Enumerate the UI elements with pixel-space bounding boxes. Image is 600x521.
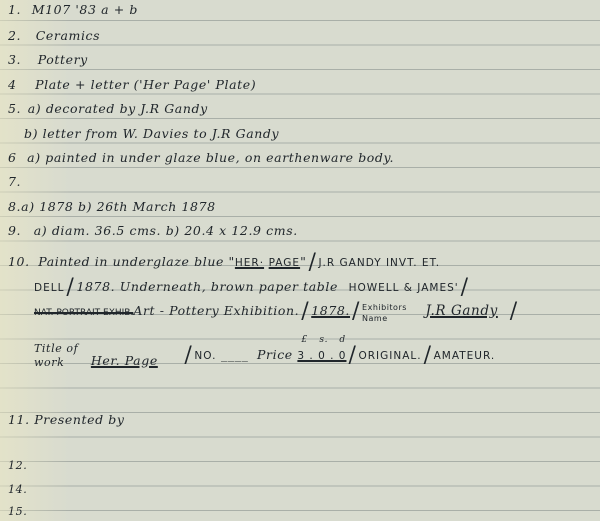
exhibitor-name: J.R Gandy (425, 303, 497, 319)
exhibition-name: Art - Pottery Exhibition. (133, 303, 299, 318)
provenance-label: Presented by (34, 412, 124, 427)
inscription-signature: J.R GANDY INVT. ET. (318, 257, 440, 269)
entry-10-title-row: Title ofwork Her. Page /NO. ____ Price £… (34, 340, 495, 370)
materials-technique: a) painted in under glaze blue, on earth… (27, 150, 394, 165)
struck-out-text: NAT. PORTRAIT EXHIB. (34, 308, 133, 318)
number-value: ____ (221, 347, 248, 362)
title-of-work: Her. Page (91, 353, 158, 368)
separator-slash: / (424, 343, 432, 368)
exhibitor-label-line-1: Exhibitors (362, 303, 407, 312)
maker-a: a) decorated by J.R Gandy (28, 101, 208, 116)
title-label-line-1: Title of (34, 342, 78, 355)
entry-number: 8. (8, 199, 21, 214)
entry-12: 12. (8, 459, 27, 472)
entry-number: 7. (8, 174, 21, 189)
entry-8: 8.a) 1878 b) 26th March 1878 (8, 199, 216, 214)
accession-number: M107 '83 a + b (32, 2, 138, 17)
label-description: 1878. Underneath, brown paper table (76, 279, 338, 294)
exhibition-year: 1878. (311, 303, 350, 318)
department: Ceramics (36, 28, 100, 43)
entry-10-line-1: 10. Painted in underglaze blue "HER· PAG… (8, 247, 440, 272)
date: a) 1878 b) 26th March 1878 (21, 199, 216, 214)
entry-15: 15. (8, 505, 27, 518)
entry-number: 11. (8, 412, 30, 427)
entry-7: 7. (8, 174, 21, 189)
inscription-quote-close: " (300, 254, 306, 269)
entry-14: 14. (8, 483, 27, 496)
inscription-title-page: PAGE (269, 257, 300, 269)
entry-number: 9. (8, 223, 21, 238)
entry-10-line-3: NAT. PORTRAIT EXHIB.Art - Pottery Exhibi… (34, 296, 520, 323)
entry-11: 11. Presented by (8, 412, 125, 427)
number-label: NO. (194, 350, 216, 362)
entry-4: 4 Plate + letter ('Her Page' Plate) (8, 77, 256, 92)
retailer-label: HOWELL & JAMES' (349, 282, 459, 294)
entry-number: 14. (8, 483, 27, 496)
entry-number: 5. (8, 101, 21, 116)
entry-1: 1. M107 '83 a + b (8, 2, 138, 17)
entry-5b: b) letter from W. Davies to J.R Gandy (24, 126, 279, 141)
entry-number: 10. (8, 254, 30, 269)
entry-9: 9. a) diam. 36.5 cms. b) 20.4 x 12.9 cms… (8, 223, 298, 238)
inscription-dell: DELL (34, 282, 64, 294)
entry-number: 3. (8, 52, 21, 67)
entry-number: 1. (8, 2, 21, 17)
entry-number: 15. (8, 505, 27, 518)
amateur-status: AMATEUR. (434, 350, 496, 362)
entry-number: 6 (8, 150, 17, 165)
dimensions: a) diam. 36.5 cms. b) 20.4 x 12.9 cms. (34, 223, 298, 238)
separator-slash: / (184, 343, 192, 368)
price-group: £ s. d 3 . 0 . 0 (297, 347, 346, 362)
entry-2: 2. Ceramics (8, 28, 100, 43)
price-unit-shillings: s. (319, 335, 328, 345)
inscription-title-her: HER· (235, 257, 264, 269)
entry-number: 2. (8, 28, 21, 43)
separator-slash: / (510, 299, 518, 324)
separator-slash: / (301, 299, 309, 324)
exhibitor-label-line-2: Name (362, 314, 388, 323)
price-unit-pence: d (339, 335, 345, 345)
price-value: 3 . 0 . 0 (297, 350, 346, 362)
inscription-intro: Painted in underglaze blue " (38, 254, 235, 269)
maker-b: b) letter from W. Davies to J.R Gandy (24, 126, 279, 141)
title-label-line-2: work (34, 356, 64, 369)
ledger-page: 1. M107 '83 a + b 2. Ceramics 3. Pottery… (0, 0, 600, 521)
price-label: Price (257, 347, 293, 362)
entry-6: 6 a) painted in under glaze blue, on ear… (8, 150, 394, 165)
entry-10-line-2: DELL/1878. Underneath, brown paper table… (34, 272, 471, 297)
entry-5a: 5. a) decorated by J.R Gandy (8, 101, 208, 116)
title-label: Title ofwork (34, 342, 78, 370)
price-unit-pounds: £ (301, 335, 307, 345)
original-status: ORIGINAL. (358, 350, 421, 362)
separator-slash: / (348, 343, 356, 368)
object-name: Plate + letter ('Her Page' Plate) (35, 77, 256, 92)
entry-number: 4 (8, 77, 17, 92)
category: Pottery (38, 52, 88, 67)
separator-slash: / (352, 299, 360, 324)
exhibitor-label: ExhibitorsName (362, 301, 407, 323)
entry-number: 12. (8, 459, 27, 472)
entry-3: 3. Pottery (8, 52, 88, 67)
